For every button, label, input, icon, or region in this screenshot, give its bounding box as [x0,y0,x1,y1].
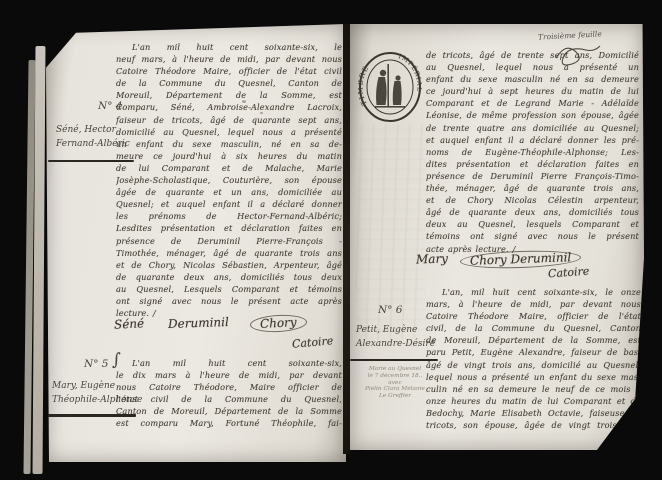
signature-sene: Séné [114,316,145,332]
handwritten-line: meure ce jourd'hui à six heures du matin [116,150,342,162]
handwritten-line: de lui Comparant et de Malache, Marie [116,162,342,174]
act-number-5: N° 5 [84,358,108,370]
handwritten-line: Bedochy, Marie Elisabeth Octavie, faiseu… [426,407,641,419]
handwritten-line: de quarante deux ans, domiciliés tous de… [116,271,342,283]
handwritten-line: enfant du sexe masculin né en sa demeure [426,73,639,85]
handwritten-line: les prénoms de Hector-Fernand-Albéric; [116,210,342,222]
register-page-left: N° 4 Séné, Hector Fernand-Albéric L'an m… [46,24,346,462]
handwritten-line: ce jourd'hui à sept heures du matin de l… [426,85,639,97]
margin-name-line: Petit, Eugène [356,324,435,338]
signature-mary: Mary [416,251,448,266]
handwritten-line: âgé de vingt trois ans, domicilié au Que… [426,359,641,371]
handwritten-line: le dix mars à l'heure de midi, par devan… [116,369,342,381]
register-page-right: Troisième feuille TIMBRE IMPÉRIAL [350,24,644,450]
handwritten-line: dites présentation et déclaration faites… [426,158,639,170]
handwritten-line: âgé de quarante deux ans, domiciliés tou… [426,206,639,218]
handwritten-line: Comparant et de Legrand Marie - Adélaïde [426,97,639,109]
handwritten-line: L'an, mil huit cent soixante-six, le onz… [426,286,641,298]
handwritten-line: de la Commune du Quesnel, Canton de [116,77,342,89]
signature-deruminil: Deruminil [168,315,229,331]
handwritten-line: Catoire Théodore Maire, officier de l'ét… [426,310,641,322]
book-page-edge [33,46,46,474]
handwritten-line: et de Chory Nicolas Célestin arpenteur, [426,194,639,206]
handwritten-line: domicilié au Quesnel, lequel nous a prés… [116,126,342,138]
handwritten-line: faiseur de tricots, âgé de quarante sept… [116,114,342,126]
signature-mayor-catoire: Catoire [548,265,590,281]
stamp-figures [375,64,405,108]
handwritten-line: et auquel enfant il a déclaré donner les… [426,134,639,146]
handwritten-line: de tricots, âgé de trente sept ans, Domi… [426,49,639,61]
handwritten-line: et de Chory, Nicolas Sébastien, Arpenteu… [116,259,342,271]
handwritten-line: civil, de la Commune du Quesnel, Canton [426,322,641,334]
handwritten-line: lequel nous a présenté un enfant du sexe… [426,371,641,383]
margin-name-line: Alexandre-Désiré [356,338,435,352]
handwritten-line: lecture. / [116,307,342,319]
handwritten-line: de Moreuil, Département de la Somme, est… [426,334,641,346]
handwritten-line: l'état civil de la Commune du Quesnel, [116,393,342,405]
handwritten-line: paru Petit, Eugène Alexandre, faiseur de… [426,346,641,358]
handwritten-line: au Quesnel, Lesquels Comparant et témoin… [116,283,342,295]
act-4-body: L'an mil huit cent soixante-six, leneuf … [116,41,342,319]
handwritten-line: mars, à l'heure de midi, par devant nous [426,298,641,310]
act-5-body-continued: de tricots, âgé de trente sept ans, Domi… [426,49,639,255]
act-6-body: L'an, mil huit cent soixante-six, le onz… [426,286,641,431]
handwritten-line: Comparu, Séné, Ambroise-Alexandre Lacroi… [116,101,342,113]
handwritten-line: Canton de Moreuil, Département de la Som… [116,405,342,417]
handwritten-line: de trente quatre ans domiciliée au Quesn… [426,122,639,134]
act-number-6: N° 6 [378,304,402,316]
handwritten-line: Catoire Théodore Maire, officier de l'ét… [116,65,342,77]
timbre-imperial-stamp: TIMBRE IMPÉRIAL [358,50,422,124]
handwritten-line: deux au Quesnel, lesquels Comparant et [426,218,639,230]
handwritten-line: noms de Eugène-Théophile-Alphonse; Les- [426,146,639,158]
binding-gutter [343,24,350,454]
handwritten-line: au Quesnel, lequel nous a présenté un [426,61,639,73]
handwritten-line: tricots, son épouse, âgée de vingt trois… [426,419,641,431]
handwritten-line: Lesdites présentation et déclaration fai… [116,222,342,234]
act-5-body-start: L'an mil huit cent soixante-six,le dix m… [116,357,342,430]
handwritten-line: nous Catoire Théodore, Maire officier de [116,381,342,393]
scanned-register-spread: N° 4 Séné, Hector Fernand-Albéric L'an m… [0,0,662,480]
handwritten-line: Quesnel; et auquel enfant il a déclaré d… [116,198,342,210]
handwritten-line: Josèphe-Scholastique, Couturière, son ép… [116,174,342,186]
handwritten-line: présence de Deruminil Pierre François-Ti… [426,170,639,182]
handwritten-line: témoins ont signé avec nous le présent [426,230,639,242]
handwritten-line: présence de Deruminil Pierre-François - [116,235,342,247]
handwritten-line: est comparu Mary, Fortuné Théophile, fai… [116,417,342,429]
handwritten-line: âgée de quarante et un ans, domiciliée a… [116,186,342,198]
handwritten-line: Léonise, de même profession son épouse, … [426,109,639,121]
signature-mayor-catoire: Catoire [292,334,334,351]
handwritten-line: L'an mil huit cent soixante-six, le [116,41,342,53]
handwritten-line: neuf mars, à l'heure de midi, par devant… [116,53,342,65]
handwritten-line: thée, ménager, âgé de quarante trois ans… [426,182,639,194]
handwritten-line: un enfant du sexe masculin, né en sa de- [116,138,342,150]
handwritten-line: Moreuil, Département de la Somme, est [116,89,342,101]
handwritten-line: Timothée, ménager, âgé de quarante trois… [116,247,342,259]
margin-divider-rule [350,359,438,361]
handwritten-line: L'an mil huit cent soixante-six, [116,357,342,369]
handwritten-line: ont signé avec nous le présent acte aprè… [116,295,342,307]
handwritten-line: culin né en sa demeure le neuf de ce moi… [426,383,641,395]
handwritten-line: onze heures du matin de lui Comparant et… [426,395,641,407]
